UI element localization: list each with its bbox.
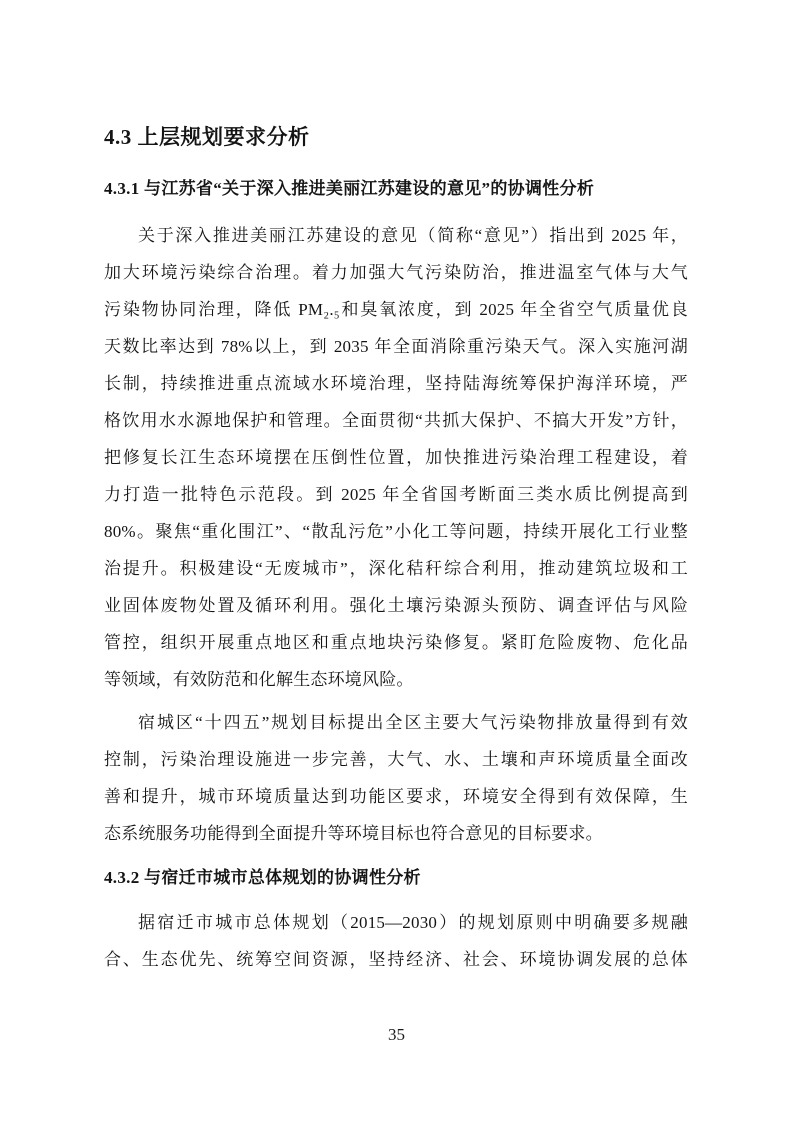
text-line: 80%。聚焦“重化围江”、“散乱污危”小化工等问题，持续开展化工行业整: [104, 513, 688, 550]
document-page: 4.3 上层规划要求分析 4.3.1 与江苏省“关于深入推进美丽江苏建设的意见”…: [0, 0, 793, 1122]
paragraph-opinion-analysis: 关于深入推进美丽江苏建设的意见（简称“意见”）指出到 2025 年，加大环境污染…: [104, 217, 688, 698]
text-line: 把修复长江生态环境摆在压倒性位置，加快推进污染治理工程建设，着: [104, 439, 688, 476]
text-line: 业固体废物处置及循环利用。强化土壤污染源头预防、调查评估与风险: [104, 587, 688, 624]
text-line: 态系统服务功能得到全面提升等环境目标也符合意见的目标要求。: [104, 815, 688, 852]
section-heading-4-3: 4.3 上层规划要求分析: [104, 123, 688, 151]
paragraph-sucheng-145-goals: 宿城区“十四五”规划目标提出全区主要大气污染物排放量得到有效控制，污染治理设施进…: [104, 704, 688, 852]
text-line: 控制，污染治理设施进一步完善，大气、水、土壤和声环境质量全面改: [104, 741, 688, 778]
page-number: 35: [0, 1022, 793, 1048]
paragraph-suqian-master-plan: 据宿迁市城市总体规划（2015—2030）的规划原则中明确要多规融合、生态优先、…: [104, 904, 688, 978]
text-line: 治提升。积极建设“无废城市”，深化秸秆综合利用，推动建筑垃圾和工: [104, 550, 688, 587]
text-line: 污染物协同治理，降低 PM₂.₅和臭氧浓度，到 2025 年全省空气质量优良: [104, 291, 688, 328]
text-line: 长制，持续推进重点流域水环境治理，坚持陆海统筹保护海洋环境，严: [104, 365, 688, 402]
text-line: 合、生态优先、统筹空间资源，坚持经济、社会、环境协调发展的总体: [104, 941, 688, 978]
subsection-heading-4-3-1: 4.3.1 与江苏省“关于深入推进美丽江苏建设的意见”的协调性分析: [104, 177, 688, 201]
text-line: 关于深入推进美丽江苏建设的意见（简称“意见”）指出到 2025 年，: [104, 217, 688, 254]
text-line: 宿城区“十四五”规划目标提出全区主要大气污染物排放量得到有效: [104, 704, 688, 741]
text-line: 加大环境污染综合治理。着力加强大气污染防治，推进温室气体与大气: [104, 254, 688, 291]
text-line: 据宿迁市城市总体规划（2015—2030）的规划原则中明确要多规融: [104, 904, 688, 941]
subsection-heading-4-3-2: 4.3.2 与宿迁市城市总体规划的协调性分析: [104, 866, 688, 890]
text-line: 格饮用水水源地保护和管理。全面贯彻“共抓大保护、不搞大开发”方针，: [104, 402, 688, 439]
text-line: 管控，组织开展重点地区和重点地块污染修复。紧盯危险废物、危化品: [104, 624, 688, 661]
text-line: 天数比率达到 78%以上，到 2035 年全面消除重污染天气。深入实施河湖: [104, 328, 688, 365]
text-line: 等领域，有效防范和化解生态环境风险。: [104, 661, 688, 698]
text-line: 善和提升，城市环境质量达到功能区要求，环境安全得到有效保障，生: [104, 778, 688, 815]
text-line: 力打造一批特色示范段。到 2025 年全省国考断面三类水质比例提高到: [104, 476, 688, 513]
